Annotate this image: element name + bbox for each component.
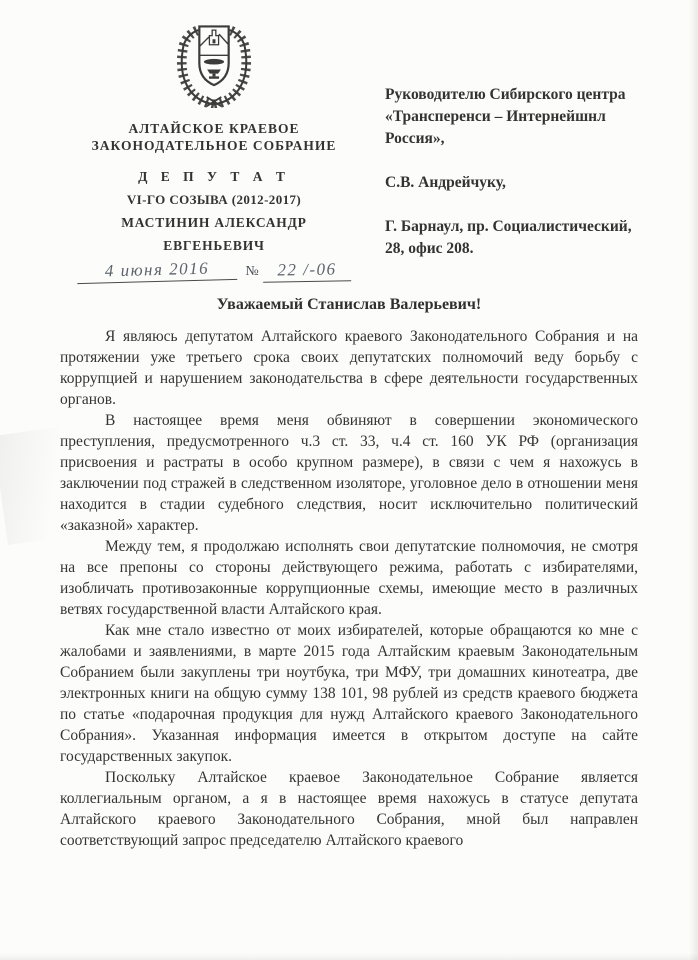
body-paragraph-2: В настоящее время меня обвиняют в соверш… xyxy=(60,410,638,536)
body-paragraph-4: Как мне стало известно от моих избирател… xyxy=(60,620,638,767)
deputy-title: Д Е П У Т А Т xyxy=(58,165,370,188)
deputy-name-line1: МАСТИНИН АЛЕКСАНДР xyxy=(58,211,370,234)
letterhead: АЛТАЙСКОЕ КРАЕВОЕ ЗАКОНОДАТЕЛЬНОЕ СОБРАН… xyxy=(58,20,370,282)
letter-body: Уважаемый Станислав Валерьевич! Я являюс… xyxy=(60,296,638,851)
recipient-organization: Руководителю Сибирского центра «Транспер… xyxy=(385,84,643,150)
org-name-line1: АЛТАЙСКОЕ КРАЕВОЕ xyxy=(58,120,370,137)
handwritten-doc-number: 22 /-06 xyxy=(262,259,350,283)
deputy-block: Д Е П У Т А Т VI-ГО СОЗЫВА (2012-2017) М… xyxy=(58,165,370,257)
deputy-name-line2: ЕВГЕНЬЕВИЧ xyxy=(58,234,370,257)
salutation: Уважаемый Станислав Валерьевич! xyxy=(60,296,638,314)
handwritten-date: 4 июня 2016 xyxy=(77,258,238,284)
body-paragraph-3: Между тем, я продолжаю исполнять свои де… xyxy=(60,536,638,620)
org-name-line2: ЗАКОНОДАТЕЛЬНОЕ СОБРАНИЕ xyxy=(58,137,370,154)
scanned-letter-page: АЛТАЙСКОЕ КРАЕВОЕ ЗАКОНОДАТЕЛЬНОЕ СОБРАН… xyxy=(0,0,698,960)
recipient-address: Г. Барнаул, пр. Социалистический, 28, оф… xyxy=(385,216,643,260)
body-paragraph-1: Я являюсь депутатом Алтайского краевого … xyxy=(60,326,638,410)
number-sign: № xyxy=(245,264,258,280)
convocation-line: VI-ГО СОЗЫВА (2012-2017) xyxy=(58,188,370,211)
scan-edge xyxy=(689,0,698,960)
body-paragraph-5: Поскольку Алтайское краевое Законодатель… xyxy=(60,767,638,851)
altai-krai-coat-of-arms-icon xyxy=(168,20,260,113)
recipient-block: Руководителю Сибирского центра «Транспер… xyxy=(385,84,643,282)
recipient-person: С.В. Андрейчуку, xyxy=(385,172,643,194)
scan-edge xyxy=(0,953,698,960)
date-number-line: 4 июня 2016 № 22 /-06 xyxy=(58,260,370,282)
